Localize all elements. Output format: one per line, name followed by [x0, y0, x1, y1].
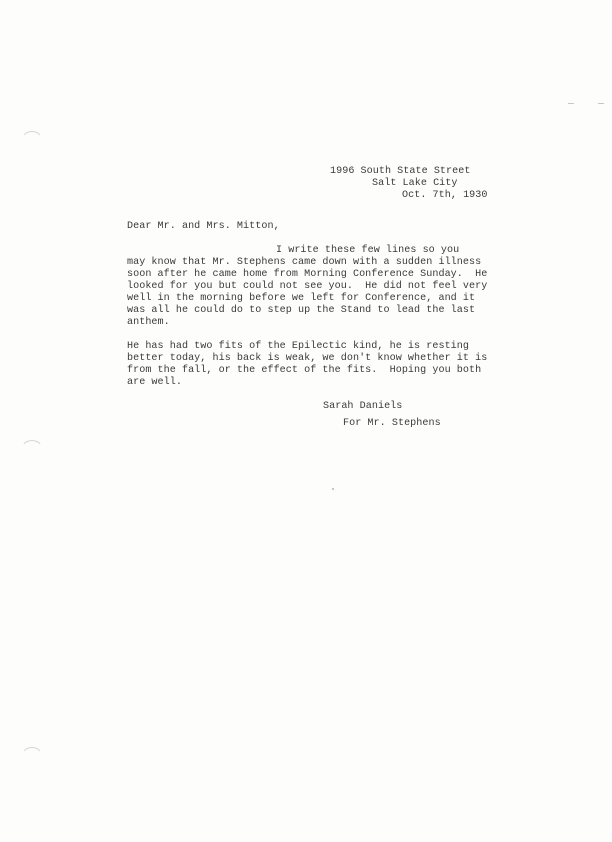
signature: Sarah Daniels	[323, 401, 402, 413]
paragraph-line: are well.	[127, 377, 182, 389]
address-city: Salt Lake City	[372, 178, 458, 190]
salutation: Dear Mr. and Mrs. Mitton,	[127, 221, 280, 233]
paragraph-line: was all he could do to step up the Stand…	[127, 305, 475, 317]
paragraph-line: from the fall, or the effect of the fits…	[127, 365, 481, 377]
letter-page: 1996 South State Street Salt Lake City O…	[0, 0, 612, 842]
punch-hole-mark	[20, 440, 44, 464]
on-behalf-of: For Mr. Stephens	[343, 418, 441, 430]
punch-hole-mark	[20, 747, 44, 771]
letter-date: Oct. 7th, 1930	[402, 190, 488, 202]
scan-speck	[568, 103, 574, 104]
paragraph-line: I write these few lines so you	[276, 245, 459, 257]
paragraph-line: looked for you but could not see you. He…	[127, 281, 487, 293]
paragraph-line: soon after he came home from Morning Con…	[127, 269, 487, 281]
paragraph-line: may know that Mr. Stephens came down wit…	[127, 257, 481, 269]
scan-speck	[332, 488, 334, 490]
paragraph-line: anthem.	[127, 317, 170, 329]
address-street: 1996 South State Street	[330, 166, 470, 178]
paragraph-line: He has had two fits of the Epilectic kin…	[127, 341, 469, 353]
punch-hole-mark	[20, 131, 44, 155]
paragraph-line: better today, his back is weak, we don't…	[127, 353, 487, 365]
paragraph-line: well in the morning before we left for C…	[127, 293, 475, 305]
scan-speck	[598, 103, 604, 104]
